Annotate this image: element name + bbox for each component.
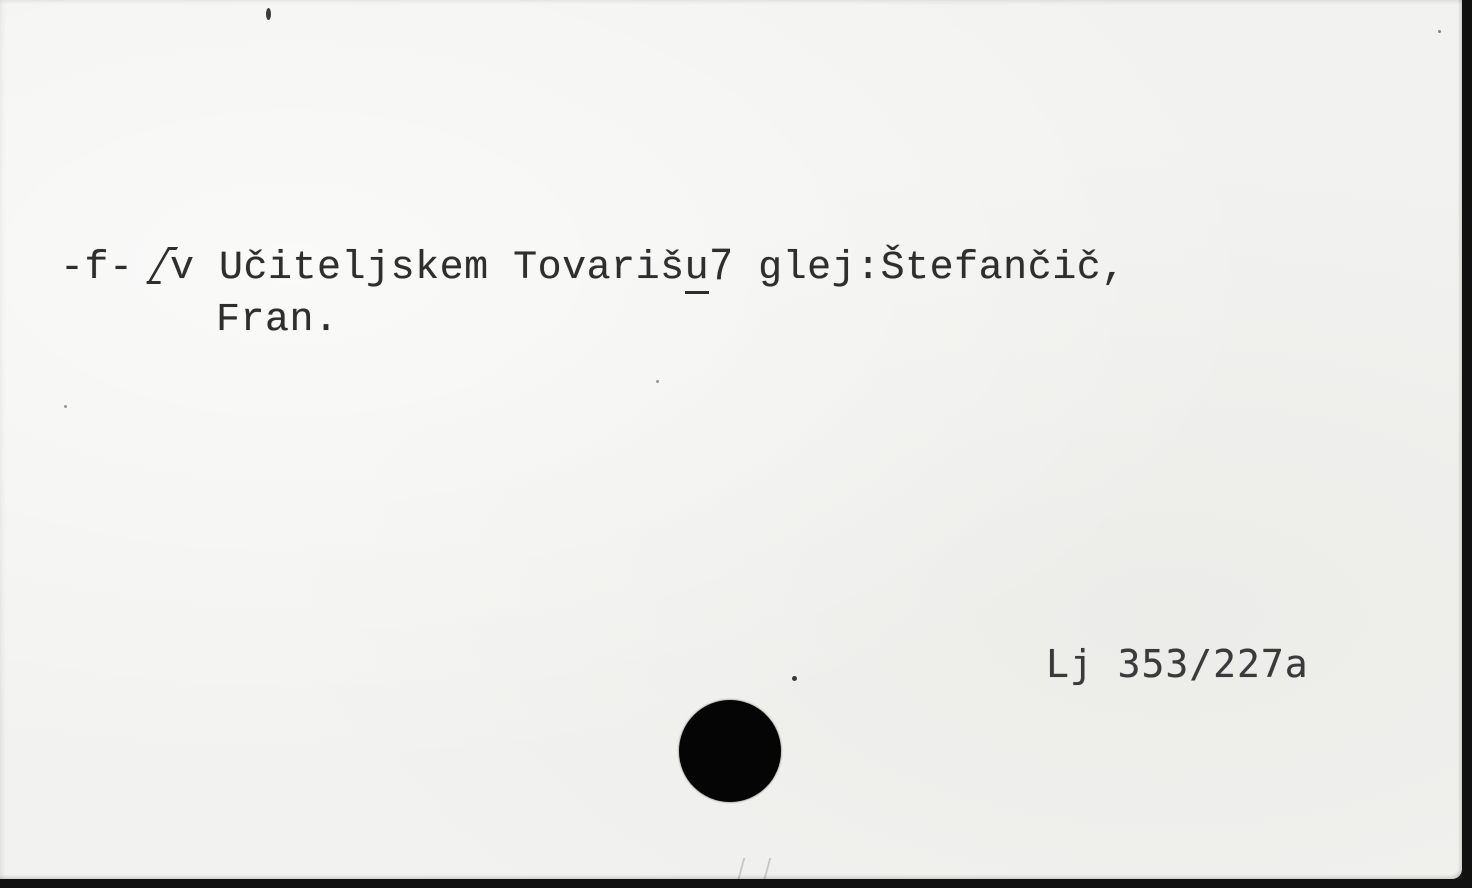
heading-line: -f- v Učiteljskem Tovarišu7 glej:Štefanč… (60, 246, 1126, 291)
close-bracket-mark: 7 (709, 243, 734, 295)
ink-speck (792, 676, 797, 681)
catalog-card: -f- v Učiteljskem Tovarišu7 glej:Štefanč… (0, 0, 1462, 879)
scan-border-right (1462, 0, 1472, 888)
ink-speck (1438, 30, 1441, 33)
ink-speck (64, 405, 67, 408)
source-title: Učiteljskem Tovariš (195, 246, 685, 291)
author-continuation: Fran. (216, 298, 339, 343)
see-reference: glej:Štefančič, (734, 246, 1126, 291)
ink-speck (656, 380, 659, 383)
source-title-underlined-char: u (685, 246, 710, 294)
call-number: Lj 353/227a (1046, 642, 1309, 686)
ink-speck (266, 8, 271, 20)
punch-hole (679, 700, 781, 802)
scan-border-bottom (0, 879, 1472, 888)
form-prefix: -f- (60, 246, 158, 291)
